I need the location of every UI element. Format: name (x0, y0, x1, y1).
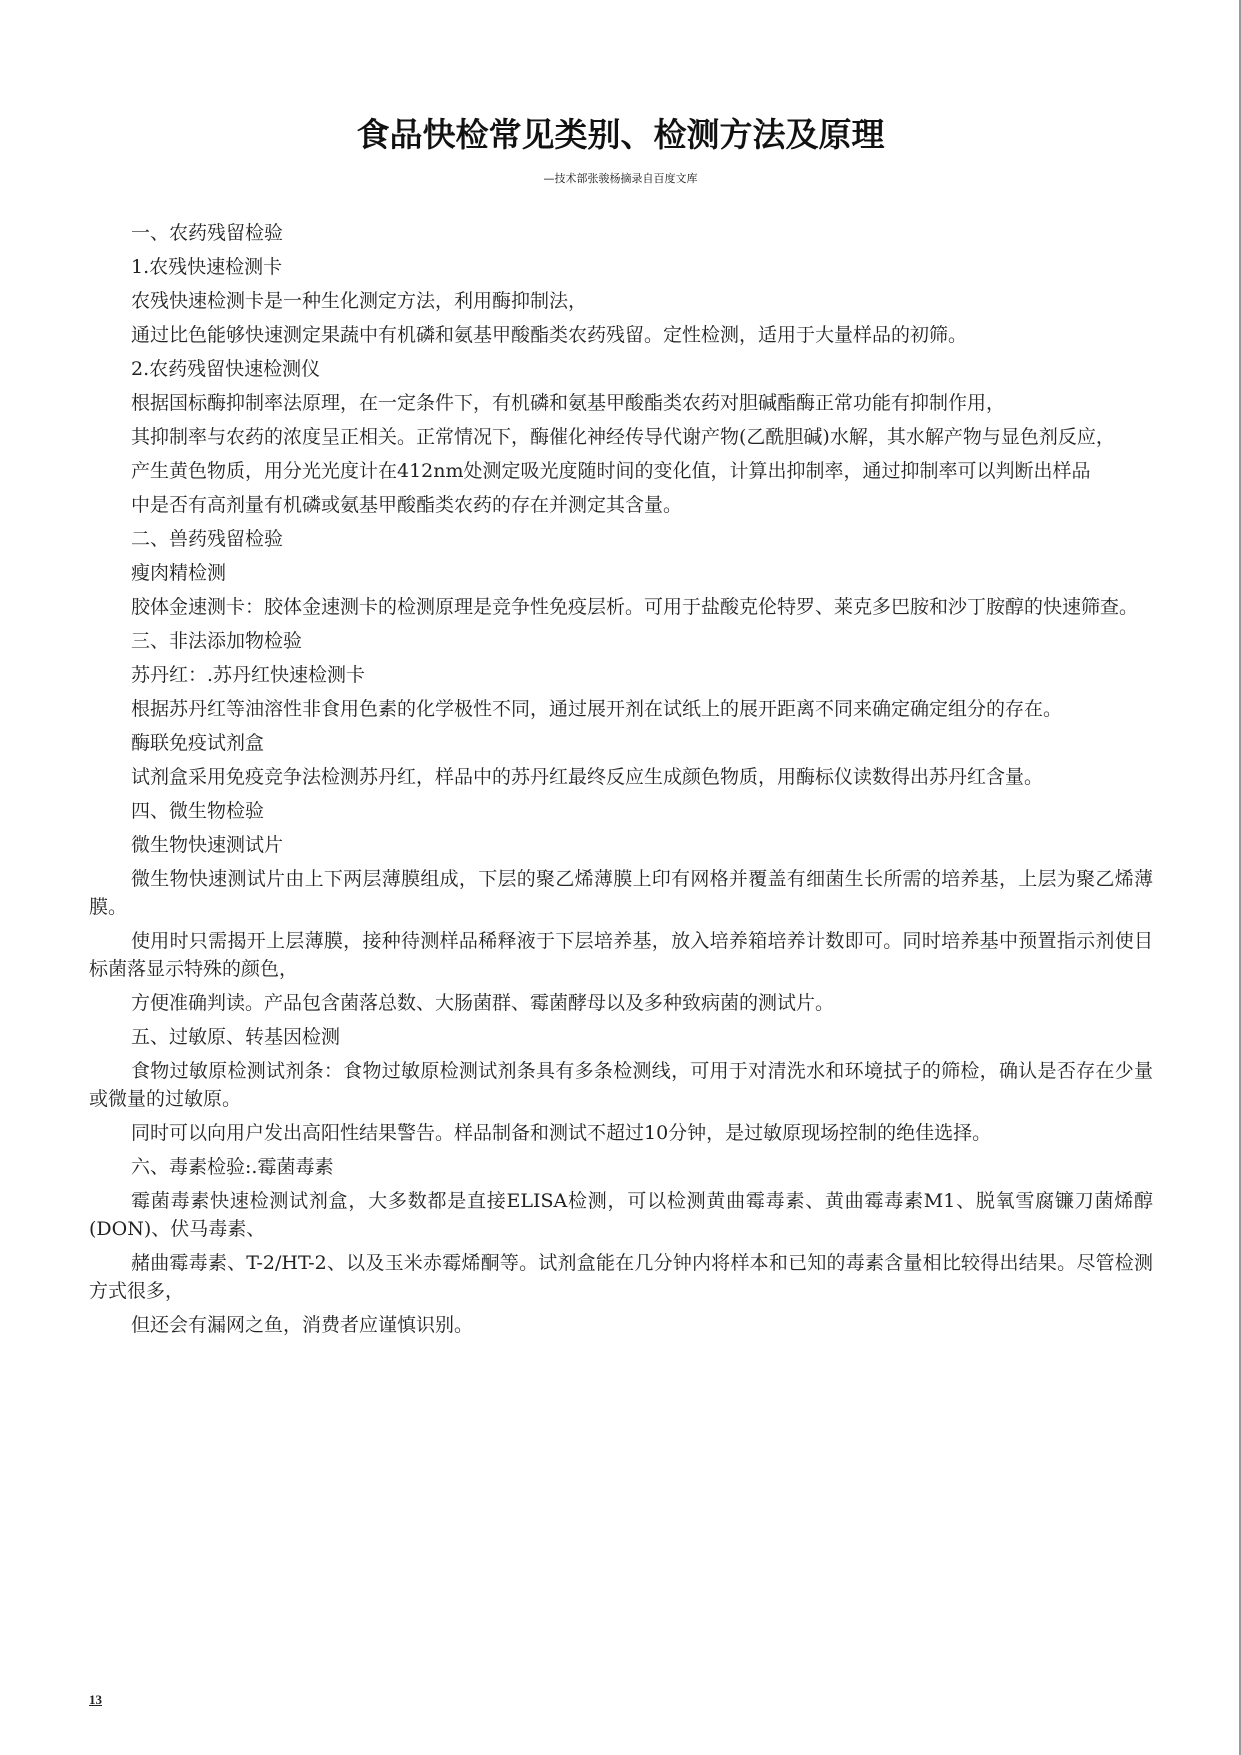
document-title: 食品快检常见类别、检测方法及原理 (0, 112, 1241, 158)
body-paragraph: 中是否有高剂量有机磷或氨基甲酸酯类农药的存在并测定其含量。 (89, 491, 1153, 519)
body-paragraph: 赭曲霉毒素、T-2/HT-2、以及玉米赤霉烯酮等。试剂盒能在几分钟内将样本和已知… (89, 1249, 1153, 1305)
document-body: 一、农药残留检验 1.农残快速检测卡 农残快速检测卡是一种生化测定方法，利用酶抑… (89, 219, 1153, 1345)
page-number: 13 (89, 1692, 102, 1708)
document-page: 食品快检常见类别、检测方法及原理 —技术部张骏杨摘录自百度文库 一、农药残留检验… (0, 0, 1241, 1755)
body-paragraph: 通过比色能够快速测定果蔬中有机磷和氨基甲酸酯类农药残留。定性检测，适用于大量样品… (89, 321, 1153, 349)
body-paragraph: 霉菌毒素快速检测试剂盒，大多数都是直接ELISA检测，可以检测黄曲霉毒素、黄曲霉… (89, 1187, 1153, 1243)
body-paragraph: 其抑制率与农药的浓度呈正相关。正常情况下，酶催化神经传导代谢产物(乙酰胆碱)水解… (89, 423, 1153, 451)
document-subtitle: —技术部张骏杨摘录自百度文库 (0, 172, 1241, 186)
body-paragraph: 但还会有漏网之鱼，消费者应谨慎识别。 (89, 1311, 1153, 1339)
section-heading: 六、毒素检验:.霉菌毒素 (89, 1153, 1153, 1181)
body-paragraph: 根据苏丹红等油溶性非食用色素的化学极性不同，通过展开剂在试纸上的展开距离不同来确… (89, 695, 1153, 723)
body-paragraph: 使用时只需揭开上层薄膜，接种待测样品稀释液于下层培养基，放入培养箱培养计数即可。… (89, 927, 1153, 983)
subsection-heading: 1.农残快速检测卡 (89, 253, 1153, 281)
body-paragraph: 微生物快速测试片由上下两层薄膜组成，下层的聚乙烯薄膜上印有网格并覆盖有细菌生长所… (89, 865, 1153, 921)
section-heading: 三、非法添加物检验 (89, 627, 1153, 655)
body-paragraph: 食物过敏原检测试剂条：食物过敏原检测试剂条具有多条检测线，可用于对清洗水和环境拭… (89, 1057, 1153, 1113)
body-paragraph: 方便准确判读。产品包含菌落总数、大肠菌群、霉菌酵母以及多种致病菌的测试片。 (89, 989, 1153, 1017)
section-heading: 四、微生物检验 (89, 797, 1153, 825)
subsection-heading: 瘦肉精检测 (89, 559, 1153, 587)
body-paragraph: 同时可以向用户发出高阳性结果警告。样品制备和测试不超过10分钟，是过敏原现场控制… (89, 1119, 1153, 1147)
section-heading: 五、过敏原、转基因检测 (89, 1023, 1153, 1051)
subsection-heading: 苏丹红：.苏丹红快速检测卡 (89, 661, 1153, 689)
subsection-heading: 酶联免疫试剂盒 (89, 729, 1153, 757)
body-paragraph: 农残快速检测卡是一种生化测定方法，利用酶抑制法， (89, 287, 1153, 315)
section-heading: 二、兽药残留检验 (89, 525, 1153, 553)
body-paragraph: 根据国标酶抑制率法原理，在一定条件下，有机磷和氨基甲酸酯类农药对胆碱酯酶正常功能… (89, 389, 1153, 417)
subsection-heading: 微生物快速测试片 (89, 831, 1153, 859)
body-paragraph: 产生黄色物质，用分光光度计在412nm处测定吸光度随时间的变化值，计算出抑制率，… (89, 457, 1153, 485)
body-paragraph: 试剂盒采用免疫竞争法检测苏丹红，样品中的苏丹红最终反应生成颜色物质，用酶标仪读数… (89, 763, 1153, 791)
body-paragraph: 胶体金速测卡：胶体金速测卡的检测原理是竞争性免疫层析。可用于盐酸克伦特罗、莱克多… (89, 593, 1153, 621)
section-heading: 一、农药残留检验 (89, 219, 1153, 247)
subsection-heading: 2.农药残留快速检测仪 (89, 355, 1153, 383)
